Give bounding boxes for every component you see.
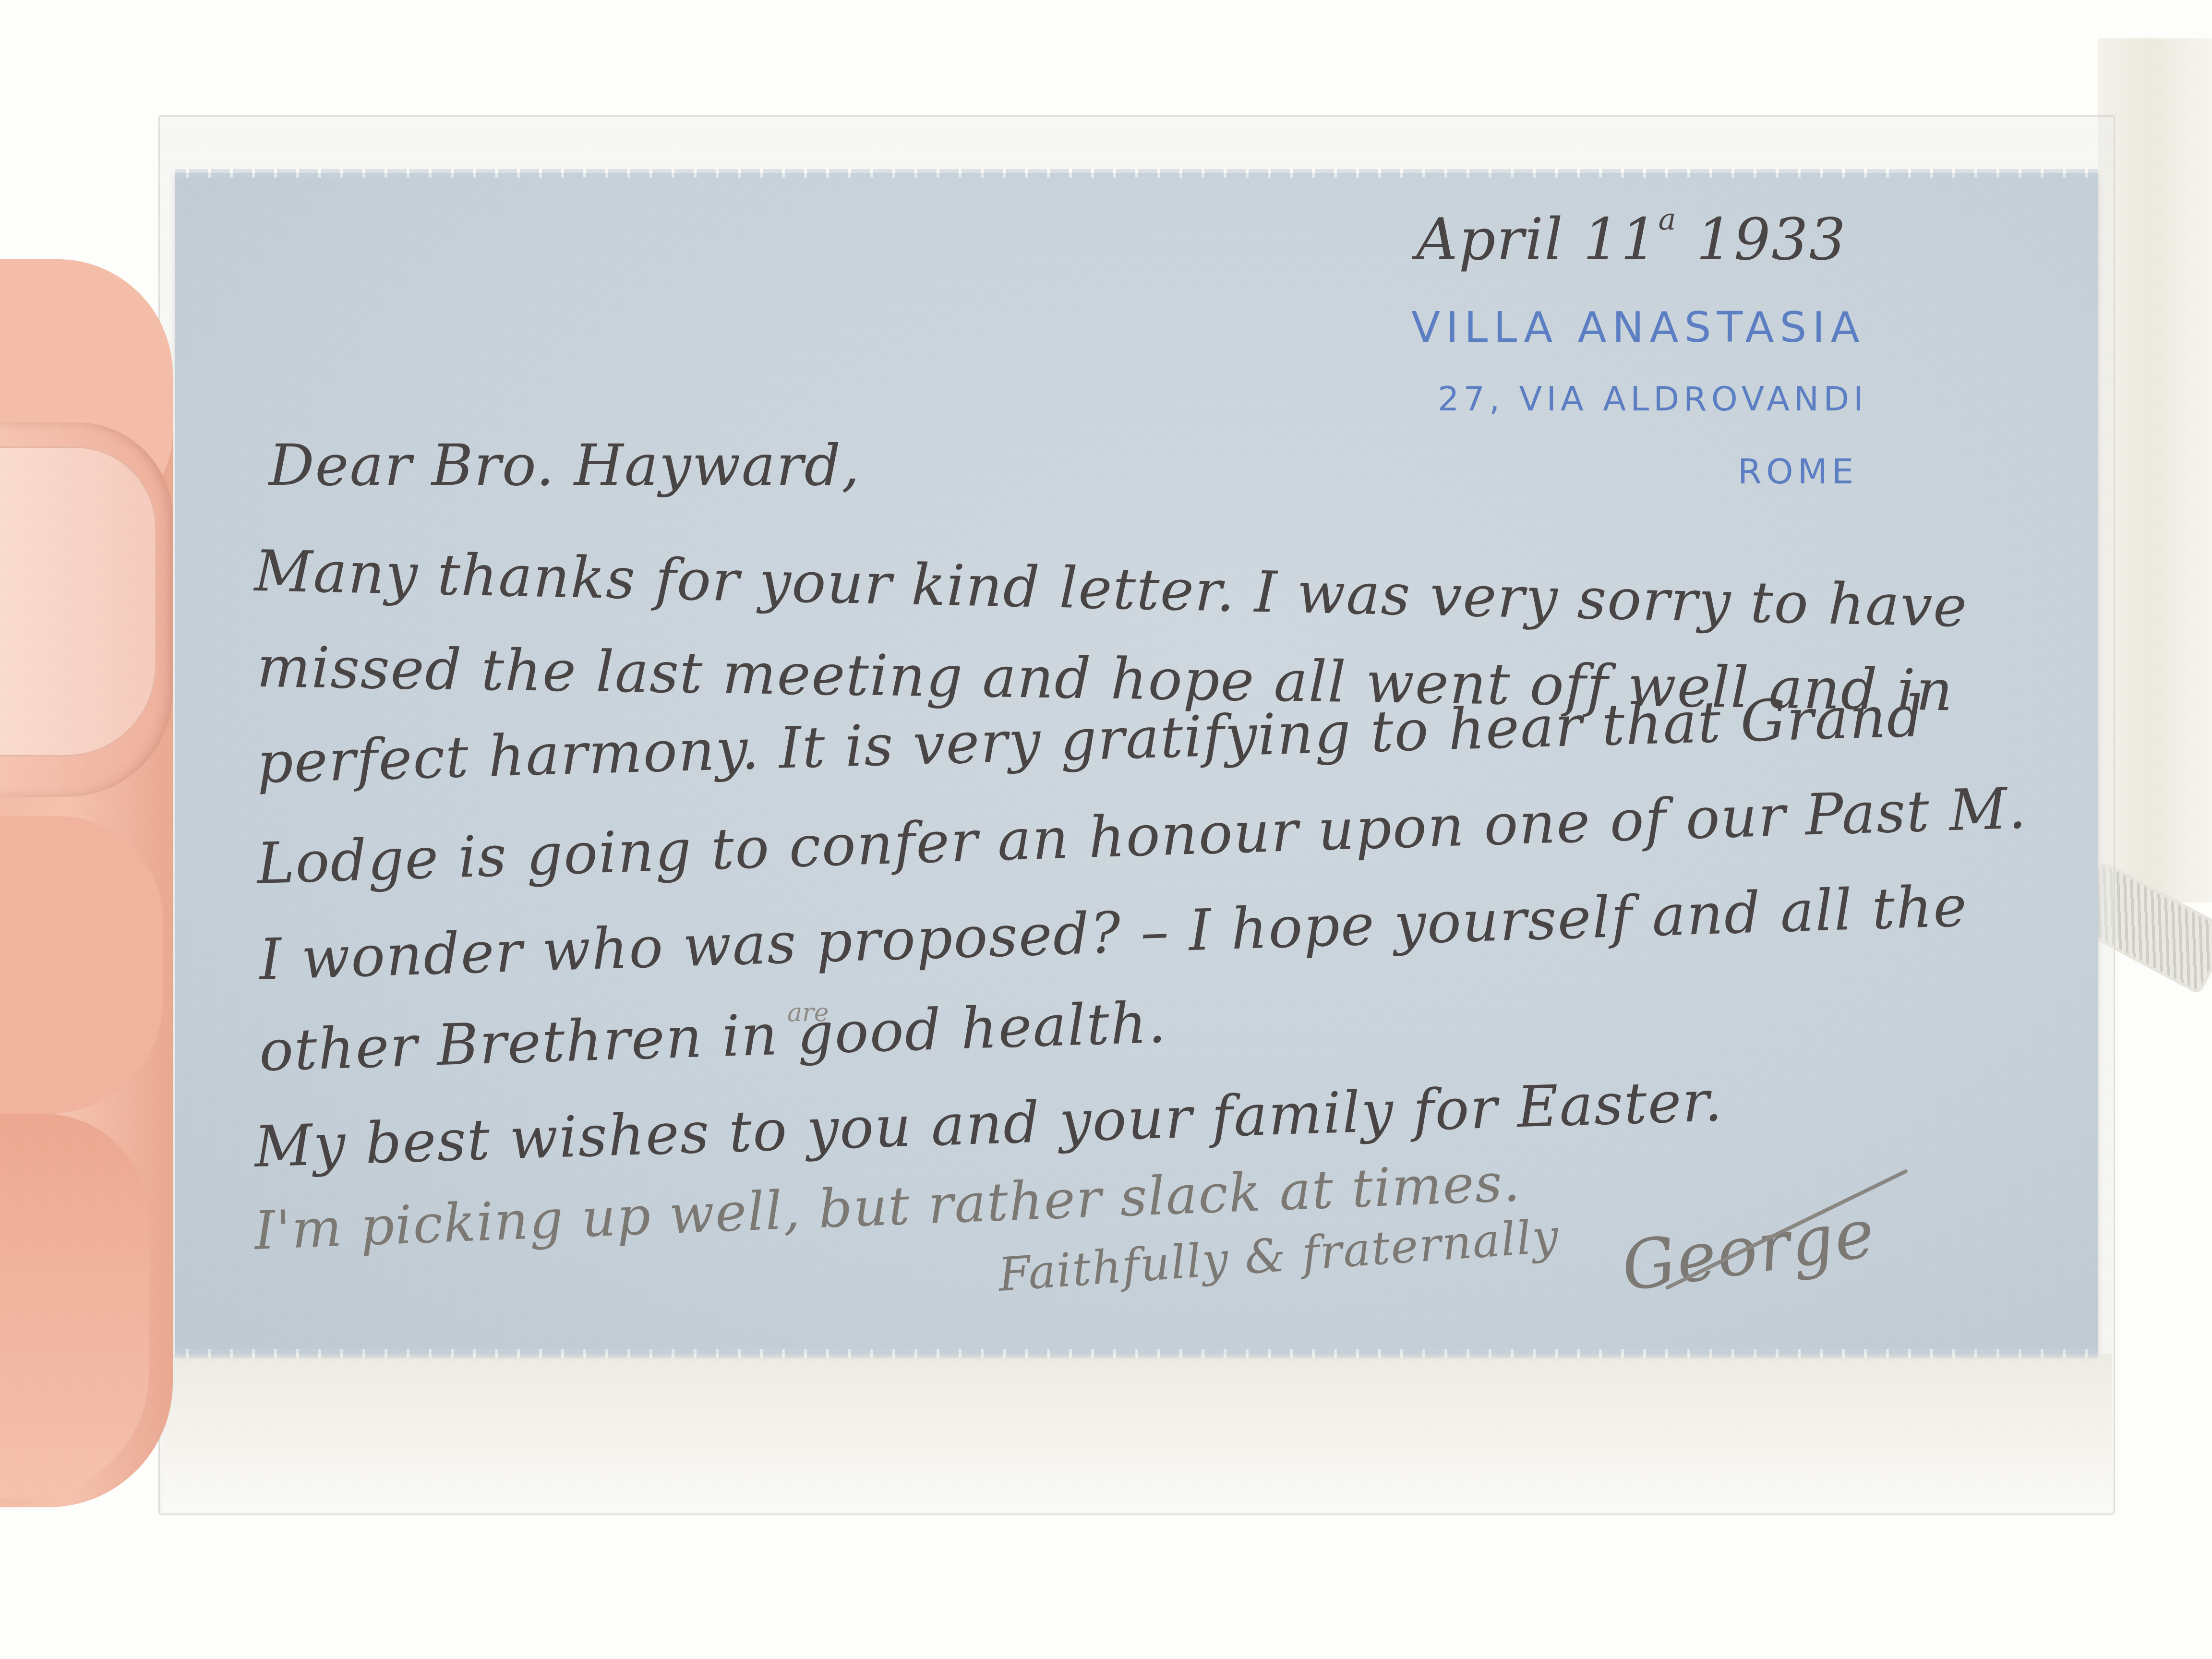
photo-scene: VILLA ANASTASIA 27, VIA ALDROVANDI ROME … bbox=[0, 0, 2212, 1659]
ring-finger bbox=[0, 1114, 149, 1498]
thumbnail bbox=[0, 446, 156, 757]
date-day: April 11 bbox=[1416, 206, 1658, 273]
insertion-mark-text: are bbox=[787, 998, 829, 1027]
letterhead-villa-name: VILLA ANASTASIA bbox=[1411, 302, 1865, 352]
letter-date: April 11a 1933 bbox=[1416, 206, 1847, 273]
middle-finger bbox=[0, 816, 163, 1114]
date-year: 1933 bbox=[1696, 206, 1847, 273]
letterhead-street: 27, VIA ALDROVANDI bbox=[1438, 379, 1868, 419]
letter-greeting: Dear Bro. Hayward, bbox=[269, 432, 861, 498]
sleeve-lower-area bbox=[163, 1354, 2112, 1512]
letterhead-city: ROME bbox=[1738, 451, 1858, 492]
date-ordinal: a bbox=[1658, 202, 1677, 237]
